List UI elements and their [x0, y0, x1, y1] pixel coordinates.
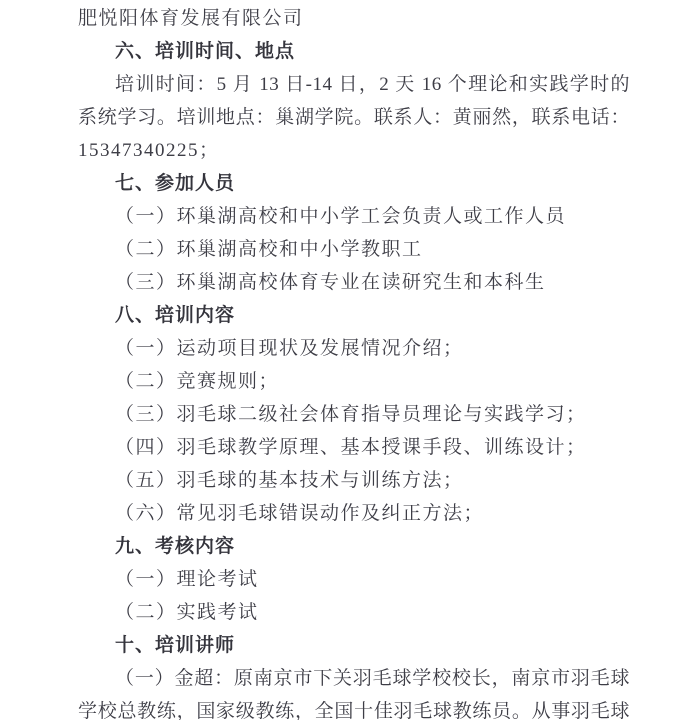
- document-line: （一）环巢湖高校和中小学工会负责人或工作人员: [78, 200, 630, 233]
- document-line: 培训时间：5 月 13 日-14 日，2 天 16 个理论和实践学时的: [78, 68, 630, 101]
- document-line: （三）羽毛球二级社会体育指导员理论与实践学习；: [78, 398, 630, 431]
- document-line: （四）羽毛球教学原理、基本授课手段、训练设计；: [78, 431, 630, 464]
- document-line: （三）环巢湖高校体育专业在读研究生和本科生: [78, 266, 630, 299]
- section-heading: 八、培训内容: [78, 299, 630, 332]
- document-line: （一）运动项目现状及发展情况介绍；: [78, 332, 630, 365]
- document-line: （五）羽毛球的基本技术与训练方法；: [78, 464, 630, 497]
- section-heading: 七、参加人员: [78, 167, 630, 200]
- document-line: （六）常见羽毛球错误动作及纠正方法；: [78, 497, 630, 530]
- document-line: （二）环巢湖高校和中小学教职工: [78, 233, 630, 266]
- document-line: 肥悦阳体育发展有限公司: [78, 2, 630, 35]
- section-heading: 九、考核内容: [78, 530, 630, 563]
- document-line: 15347340225；: [78, 134, 630, 167]
- document-line: 系统学习。培训地点：巢湖学院。联系人：黄丽然，联系电话：: [78, 101, 630, 134]
- section-heading: 十、培训讲师: [78, 629, 630, 662]
- document-line: （一）金超：原南京市下关羽毛球学校校长，南京市羽毛球: [78, 662, 630, 695]
- document-line: 学校总教练，国家级教练，全国十佳羽毛球教练员。从事羽毛球: [78, 695, 630, 720]
- section-heading: 六、培训时间、地点: [78, 35, 630, 68]
- document-page: 肥悦阳体育发展有限公司六、培训时间、地点培训时间：5 月 13 日-14 日，2…: [0, 0, 684, 720]
- document-line: （二）实践考试: [78, 596, 630, 629]
- document-line: （一）理论考试: [78, 563, 630, 596]
- document-body: 肥悦阳体育发展有限公司六、培训时间、地点培训时间：5 月 13 日-14 日，2…: [78, 2, 630, 720]
- document-line: （二）竞赛规则；: [78, 365, 630, 398]
